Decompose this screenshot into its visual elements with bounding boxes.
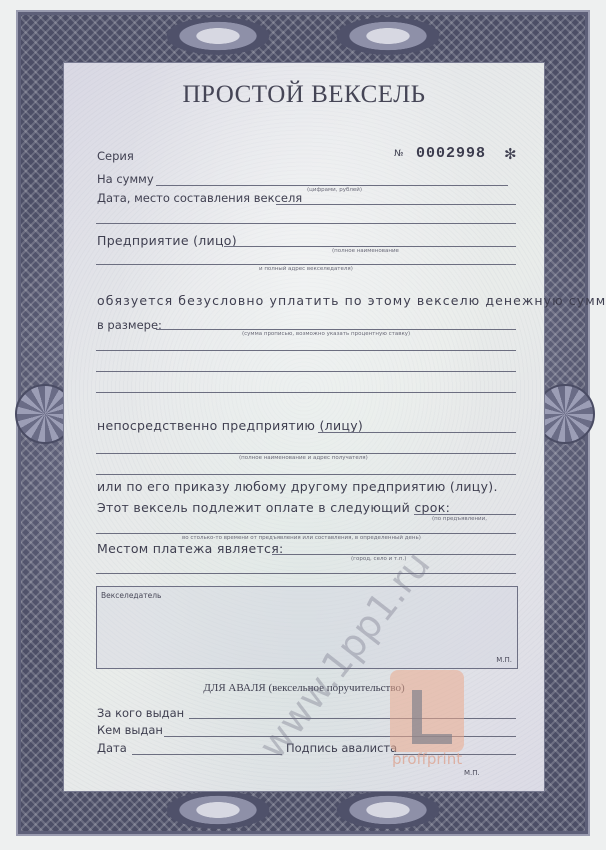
amount-words-caption: (сумма прописью, возможно указать процен… <box>242 331 410 337</box>
document-title: ПРОСТОЙ ВЕКСЕЛЬ <box>64 81 544 109</box>
amount-caption: (цифрами, рублей) <box>307 187 362 193</box>
order-text: или по его приказу любому другому предпр… <box>97 479 498 494</box>
amount-words-field[interactable] <box>156 329 516 330</box>
date-place-field[interactable] <box>276 204 516 205</box>
enterprise-caption: (полное наименование <box>332 248 399 254</box>
aval-issued-by-label: Кем выдан <box>97 723 163 737</box>
proffprint-logo-icon <box>390 670 464 752</box>
obligation-text: обязуется безусловно уплатить по этому в… <box>97 293 606 308</box>
enterprise-field[interactable] <box>224 246 516 247</box>
enterprise-address-caption: и полный адрес векселедателя) <box>259 266 353 272</box>
amount-field[interactable] <box>156 185 508 186</box>
payee-label: непосредственно предприятию (лицу) <box>97 418 363 433</box>
place-field-2[interactable] <box>96 573 516 574</box>
serial-mark-icon: ✻ <box>504 145 517 163</box>
term-field-2[interactable] <box>96 533 516 534</box>
amount-words-field-4[interactable] <box>96 392 516 393</box>
term-field[interactable] <box>414 514 516 515</box>
payee-field[interactable] <box>318 432 516 433</box>
serial-number: 0002998 <box>416 145 486 162</box>
date-place-label: Дата, место составления векселя <box>97 191 302 205</box>
aval-for-whom-field[interactable] <box>189 718 516 719</box>
amount-words-label: в размере: <box>97 318 162 332</box>
term-label: Этот вексель подлежит оплате в следующий… <box>97 500 450 515</box>
enterprise-field-2[interactable] <box>96 264 516 265</box>
drawer-label: Векселедатель <box>101 591 161 600</box>
bottom-left-ornament-icon <box>158 788 278 832</box>
place-label: Местом платежа является: <box>97 541 284 556</box>
payee-field-2[interactable] <box>96 453 516 454</box>
payee-caption: (полное наименование и адрес получателя) <box>239 455 368 461</box>
amount-words-field-2[interactable] <box>96 350 516 351</box>
bottom-right-ornament-icon <box>328 788 448 832</box>
enterprise-label: Предприятие (лицо) <box>97 233 237 248</box>
top-right-ornament-icon <box>328 14 448 58</box>
top-left-ornament-icon <box>158 14 278 58</box>
series-label: Серия <box>97 149 134 163</box>
term-caption: (по предъявлении, <box>432 516 487 522</box>
brand-watermark: proffprint <box>392 750 462 768</box>
number-sign: № <box>394 149 403 159</box>
drawer-stamp: М.П. <box>496 656 512 664</box>
date-place-field-2[interactable] <box>96 223 516 224</box>
aval-stamp: М.П. <box>464 769 480 777</box>
drawer-signature-box[interactable]: Векселедатель М.П. <box>96 586 518 669</box>
amount-label: На сумму <box>97 172 154 186</box>
payee-field-3[interactable] <box>96 474 516 475</box>
amount-words-field-3[interactable] <box>96 371 516 372</box>
aval-date-field[interactable] <box>132 754 282 755</box>
aval-for-whom-label: За кого выдан <box>97 706 184 720</box>
aval-date-label: Дата <box>97 741 127 755</box>
